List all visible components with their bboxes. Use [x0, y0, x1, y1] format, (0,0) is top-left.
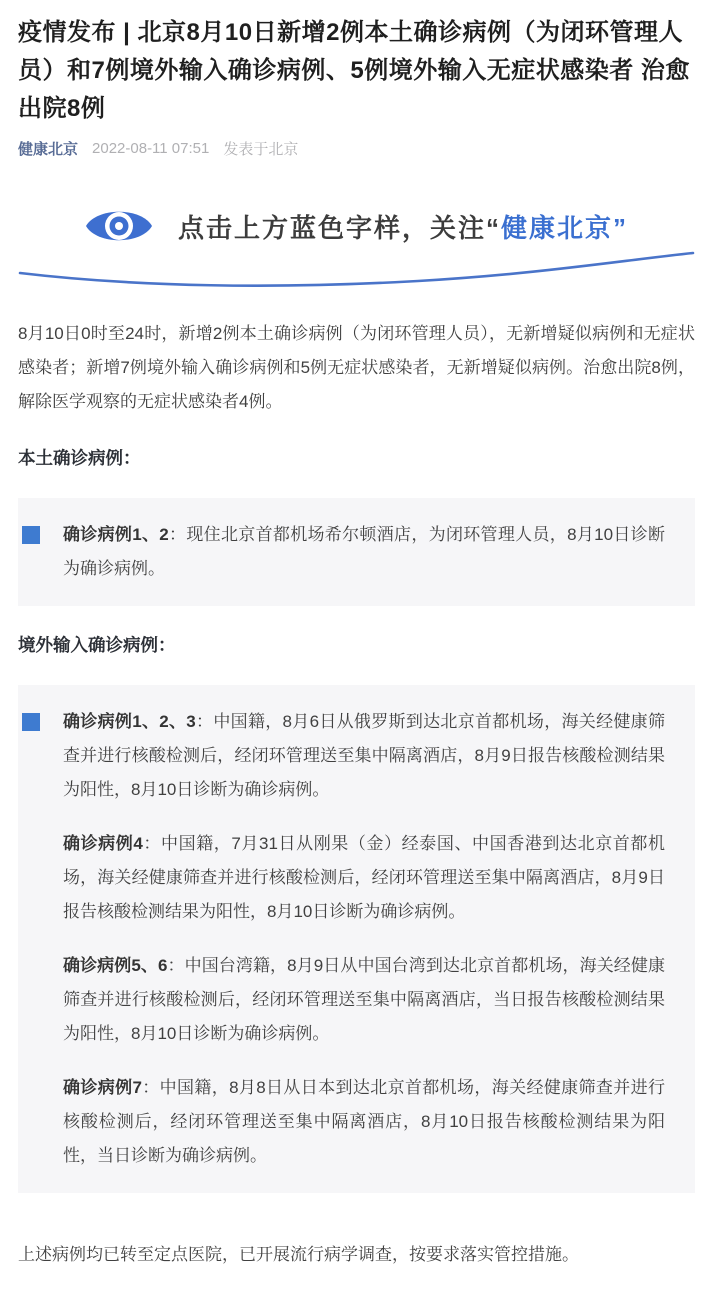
wave-divider	[18, 249, 695, 305]
intro-paragraph: 8月10日0时至24时，新增2例本土确诊病例（为闭环管理人员），无新增疑似病例和…	[18, 317, 695, 419]
case-text: ：中国籍，7月31日从刚果（金）经泰国、中国香港到达北京首都机场，海关经健康筛查…	[63, 834, 665, 921]
local-cases-box: 确诊病例1、2：现住北京首都机场希尔顿酒店，为闭环管理人员，8月10日诊断为确诊…	[18, 498, 695, 606]
case-paragraph: 确诊病例1、2：现住北京首都机场希尔顿酒店，为闭环管理人员，8月10日诊断为确诊…	[18, 518, 665, 586]
section-heading-imported: 境外输入确诊病例：	[18, 632, 695, 657]
case-paragraph: 确诊病例7：中国籍，8月8日从日本到达北京首都机场，海关经健康筛查并进行核酸检测…	[18, 1071, 665, 1173]
banner-row: 点击上方蓝色字样，关注“健康北京”	[18, 197, 695, 255]
case-label: 确诊病例1、2	[63, 525, 169, 544]
banner-text-prefix: 点击上方蓝色字样，关注“	[178, 213, 501, 243]
account-name-link[interactable]: 健康北京	[18, 138, 78, 159]
closing-paragraph: 上述病例均已转至定点医院，已开展流行病学调查，按要求落实管控措施。	[18, 1239, 695, 1271]
article-page: 疫情发布 | 北京8月10日新增2例本土确诊病例（为闭环管理人员）和7例境外输入…	[0, 0, 715, 1295]
case-paragraph: 确诊病例1、2、3：中国籍，8月6日从俄罗斯到达北京首都机场，海关经健康筛查并进…	[18, 705, 665, 807]
case-label: 确诊病例7	[63, 1078, 142, 1097]
banner-text-suffix: ”	[613, 213, 628, 243]
case-label: 确诊病例1、2、3	[63, 712, 196, 731]
case-label: 确诊病例5、6	[63, 956, 167, 975]
banner-account-name: 健康北京	[501, 213, 613, 243]
case-paragraph: 确诊病例5、6：中国台湾籍，8月9日从中国台湾到达北京首都机场，海关经健康筛查并…	[18, 949, 665, 1051]
imported-cases-box: 确诊病例1、2、3：中国籍，8月6日从俄罗斯到达北京首都机场，海关经健康筛查并进…	[18, 685, 695, 1193]
case-label: 确诊病例4	[63, 834, 143, 853]
section-heading-local: 本土确诊病例：	[18, 445, 695, 470]
follow-banner-image[interactable]: 点击上方蓝色字样，关注“健康北京”	[18, 197, 695, 301]
banner-text: 点击上方蓝色字样，关注“健康北京”	[178, 208, 628, 245]
blue-square-bullet-icon	[22, 713, 40, 731]
article-title: 疫情发布 | 北京8月10日新增2例本土确诊病例（为闭环管理人员）和7例境外输入…	[18, 14, 695, 128]
case-paragraph: 确诊病例4：中国籍，7月31日从刚果（金）经泰国、中国香港到达北京首都机场，海关…	[18, 827, 665, 929]
publish-time: 2022-08-11 07:51	[92, 140, 209, 157]
eye-icon	[84, 202, 154, 250]
case-text: ：中国籍，8月8日从日本到达北京首都机场，海关经健康筛查并进行核酸检测后，经闭环…	[63, 1078, 665, 1165]
byline: 健康北京 2022-08-11 07:51 发表于北京	[18, 138, 695, 159]
publish-location: 发表于北京	[223, 138, 298, 159]
blue-square-bullet-icon	[22, 526, 40, 544]
